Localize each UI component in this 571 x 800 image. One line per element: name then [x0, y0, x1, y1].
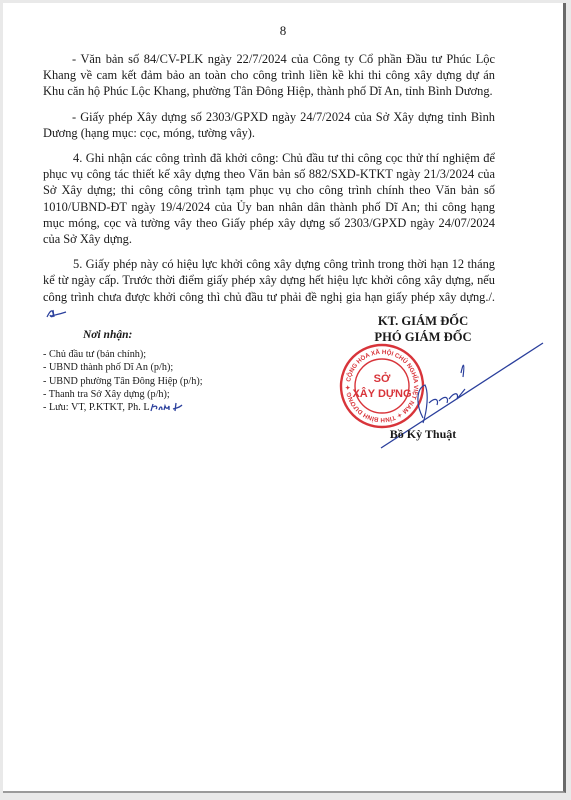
recipient-item: - Thanh tra Sở Xây dựng (p/h); [43, 388, 273, 401]
recipient-item: - Lưu: VT, P.KTKT, Ph. L [43, 401, 273, 414]
recipient-item: - Chủ đầu tư (bản chính); [43, 348, 273, 361]
signer-name: Bồ Kỳ Thuật [323, 427, 523, 442]
paragraph-item-5-text: 5. Giấy phép này có hiệu lực khởi công x… [43, 257, 495, 303]
paragraph-permit-2303: - Giấy phép Xây dựng số 2303/GPXD ngày 2… [43, 109, 495, 141]
document-page: 8 - Văn bản số 84/CV-PLK ngày 22/7/2024 … [3, 3, 566, 793]
paragraph-item-4: 4. Ghi nhận các công trình đã khởi công:… [43, 150, 495, 247]
recipients-section: Nơi nhận: - Chủ đầu tư (bản chính); - UB… [43, 329, 273, 414]
recipient-item: - UBND thành phố Dĩ An (p/h); [43, 361, 273, 374]
handwritten-initials-icon [150, 401, 184, 413]
page-number: 8 [3, 23, 563, 39]
recipient-item-text: - Lưu: VT, P.KTKT, Ph. L [43, 402, 150, 413]
signature-block: KT. GIÁM ĐỐC PHÓ GIÁM ĐỐC CỘNG HÒA XÃ HỘ… [323, 313, 523, 345]
signature-title-line1: KT. GIÁM ĐỐC [323, 313, 523, 329]
recipients-title: Nơi nhận: [83, 329, 273, 342]
document-body: - Văn bản số 84/CV-PLK ngày 22/7/2024 củ… [43, 51, 495, 330]
paragraph-document-84: - Văn bản số 84/CV-PLK ngày 22/7/2024 củ… [43, 51, 495, 100]
recipient-item: - UBND phường Tân Đông Hiệp (p/h); [43, 375, 273, 388]
initial-signature-icon [45, 307, 67, 319]
paragraph-item-5: 5. Giấy phép này có hiệu lực khởi công x… [43, 256, 495, 321]
recipients-list: - Chủ đầu tư (bản chính); - UBND thành p… [43, 348, 273, 414]
